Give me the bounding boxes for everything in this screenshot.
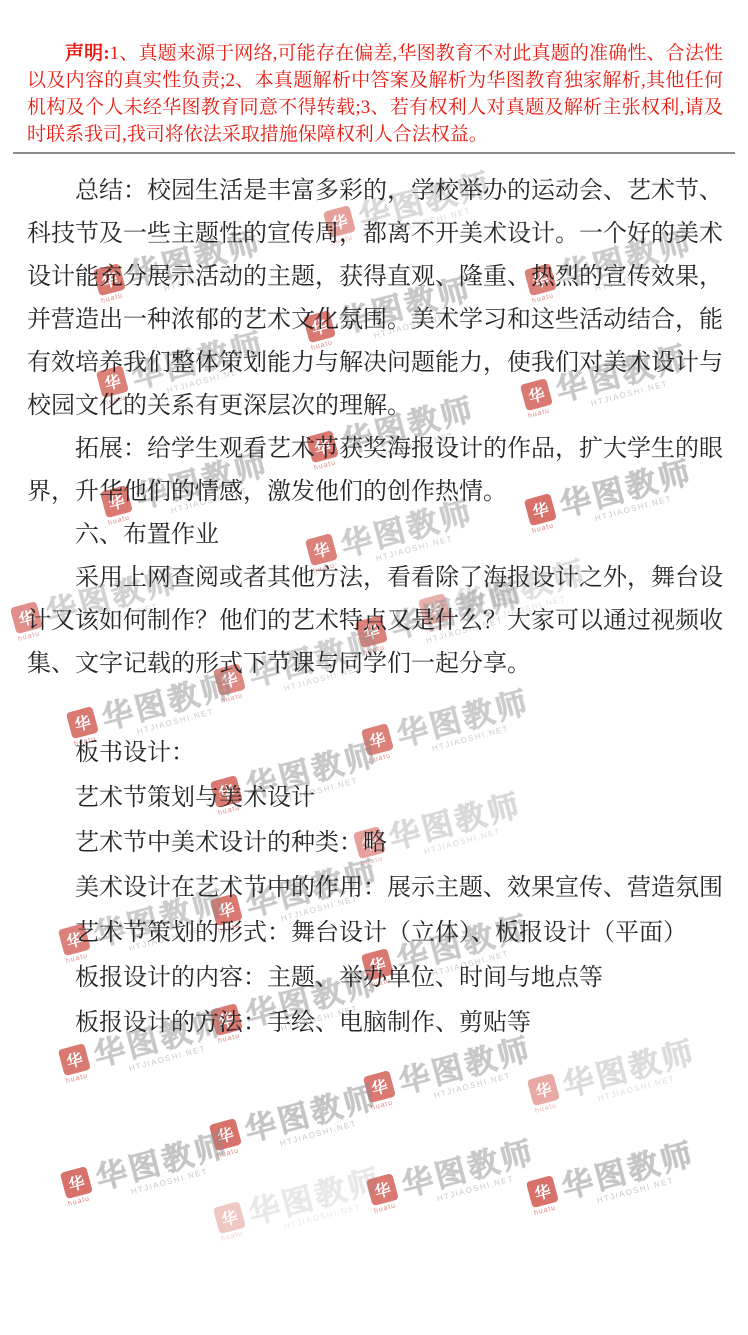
logo-glyph: 华 <box>532 1178 553 1204</box>
watermark: 华 huatu 华图教师 HTJIAOSHI.NET <box>209 1081 384 1165</box>
huatu-logo-icon: 华 huatu <box>363 1070 396 1103</box>
paragraph: 拓展：给学生观看艺术节获奖海报设计的作品，扩大学生的眼界，升华他们的情感，激发他… <box>27 427 723 513</box>
huatu-logo-icon: 华 huatu <box>209 1118 242 1151</box>
disclaimer-text: 1、真题来源于网络,可能存在偏差,华图教育不对此真题的准确性、合法性以及内容的真… <box>27 43 723 145</box>
paragraph: 板报设计的内容：主题、举办单位、时间与地点等 <box>27 955 723 1000</box>
logo-glyph: 华 <box>215 1121 236 1147</box>
watermark-text: 华图教师 HTJIAOSHI.NET <box>399 1136 541 1211</box>
document-content: 声明:1、真题来源于网络,可能存在偏差,华图教育不对此真题的准确性、合法性以及内… <box>0 0 748 1045</box>
disclaimer-label: 声明: <box>65 43 110 64</box>
disclaimer: 声明:1、真题来源于网络,可能存在偏差,华图教育不对此真题的准确性、合法性以及内… <box>27 40 723 148</box>
watermark-text: 华图教师 HTJIAOSHI.NET <box>242 1081 384 1156</box>
divider-rule <box>13 152 735 154</box>
watermark-brand: 华图教师 <box>242 1081 381 1146</box>
logo-glyph: 华 <box>219 1204 240 1230</box>
watermark-site: HTJIAOSHI.NET <box>433 1064 538 1100</box>
huatu-logo-icon: 华 huatu <box>58 1043 91 1076</box>
watermark-brand: 华图教师 <box>399 1136 538 1201</box>
logo-subtext: huatu <box>533 1204 557 1217</box>
logo-glyph: 华 <box>533 1076 554 1102</box>
paragraph: 美术设计在艺术节中的作用：展示主题、效果宣传、营造氛围 <box>27 865 723 910</box>
logo-subtext: huatu <box>216 1147 240 1160</box>
watermark-text: 华图教师 HTJIAOSHI.NET <box>560 1036 702 1111</box>
watermark-site: HTJIAOSHI.NET <box>279 1112 384 1148</box>
watermark: 华 huatu 华图教师 HTJIAOSHI.NET <box>526 1138 701 1222</box>
watermark: 华 huatu 华图教师 HTJIAOSHI.NET <box>366 1136 541 1220</box>
watermark: 华 huatu 华图教师 HTJIAOSHI.NET <box>213 1164 388 1248</box>
huatu-logo-icon: 华 huatu <box>526 1175 559 1208</box>
watermark-brand: 华图教师 <box>560 1036 699 1101</box>
watermark-text: 华图教师 HTJIAOSHI.NET <box>93 1129 235 1204</box>
watermark-site: HTJIAOSHI.NET <box>283 1195 388 1231</box>
logo-glyph: 华 <box>66 1169 87 1195</box>
huatu-logo-icon: 华 huatu <box>366 1173 399 1206</box>
paragraph: 六、布置作业 <box>27 513 723 556</box>
huatu-logo-icon: 华 huatu <box>213 1201 246 1234</box>
paragraph: 总结：校园生活是丰富多彩的，学校举办的运动会、艺术节、科技节及一些主题性的宣传周… <box>27 169 723 427</box>
watermark-site: HTJIAOSHI.NET <box>597 1067 702 1103</box>
document-body: 总结：校园生活是丰富多彩的，学校举办的运动会、艺术节、科技节及一些主题性的宣传周… <box>27 169 723 1045</box>
paragraph: 艺术节策划的形式：舞台设计（立体）、板报设计（平面） <box>27 910 723 955</box>
paragraph: 板报设计的方法：手绘、电脑制作、剪贴等 <box>27 1000 723 1045</box>
watermark-site: HTJIAOSHI.NET <box>130 1160 235 1196</box>
huatu-logo-icon: 华 huatu <box>527 1073 560 1106</box>
watermark-text: 华图教师 HTJIAOSHI.NET <box>246 1164 388 1239</box>
logo-glyph: 华 <box>372 1176 393 1202</box>
paragraph: 采用上网查阅或者其他方法，看看除了海报设计之外，舞台设计又该如何制作？他们的艺术… <box>27 556 723 685</box>
watermark: 华 huatu 华图教师 HTJIAOSHI.NET <box>363 1033 538 1117</box>
watermark-text: 华图教师 HTJIAOSHI.NET <box>559 1138 701 1213</box>
watermark: 华 huatu 华图教师 HTJIAOSHI.NET <box>60 1129 235 1213</box>
logo-subtext: huatu <box>370 1099 394 1112</box>
paragraph: 艺术节中美术设计的种类：略 <box>27 820 723 865</box>
watermark-site: HTJIAOSHI.NET <box>596 1169 701 1205</box>
document-page: 华 huatu 华图教师 HTJIAOSHI.NET 华 huatu 华图教师 … <box>0 0 748 1335</box>
logo-subtext: huatu <box>373 1202 397 1215</box>
paragraph: 板书设计： <box>27 730 723 775</box>
logo-subtext: huatu <box>534 1102 558 1115</box>
logo-subtext: huatu <box>67 1195 91 1208</box>
watermark-brand: 华图教师 <box>93 1129 232 1194</box>
watermark-site: HTJIAOSHI.NET <box>436 1167 541 1203</box>
logo-subtext: huatu <box>65 1072 89 1085</box>
watermark: 华 huatu 华图教师 HTJIAOSHI.NET <box>527 1036 702 1120</box>
watermark-brand: 华图教师 <box>246 1164 385 1229</box>
logo-subtext: huatu <box>220 1230 244 1243</box>
paragraph: 艺术节策划与美术设计 <box>27 775 723 820</box>
watermark-brand: 华图教师 <box>559 1138 698 1203</box>
logo-glyph: 华 <box>369 1073 390 1099</box>
huatu-logo-icon: 华 huatu <box>60 1166 93 1199</box>
logo-glyph: 华 <box>64 1046 85 1072</box>
